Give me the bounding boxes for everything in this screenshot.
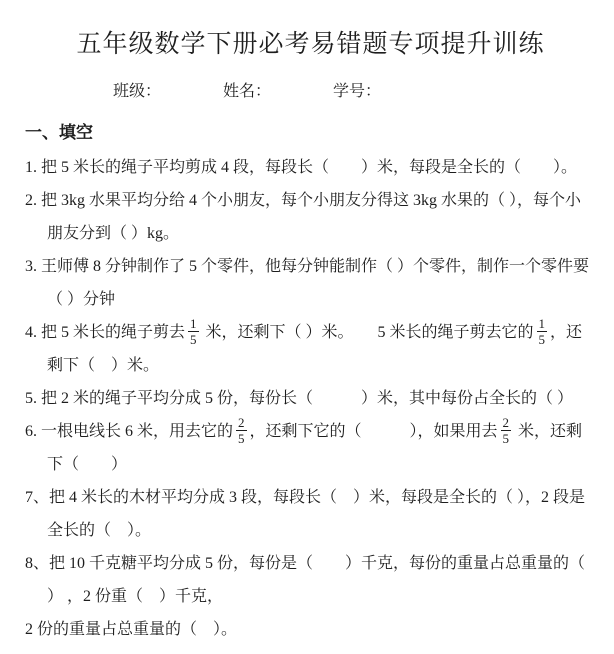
fraction: 25 (501, 415, 512, 446)
question-number: 7、 (25, 489, 49, 506)
question-text: 把 3kg 水果平均分给 4 个小朋友，每个小朋友分得这 3kg 水果的（ ），… (41, 192, 581, 242)
question-text: 把 4 米长的木材平均分成 3 段，每段长（ ）米，每段是全长的（ ），2 段是… (47, 489, 585, 539)
question-item: 8、把 10 千克糖平均分成 5 份，每份是（ ）千克，每份的重量占总重量的（ … (25, 547, 596, 613)
question-number: 3. (25, 258, 41, 275)
question-number: 6. (25, 423, 41, 440)
question-item: 7、把 4 米长的木材平均分成 3 段，每段长（ ）米，每段是全长的（ ），2 … (25, 481, 596, 547)
section-heading: 一、填空 (25, 118, 596, 143)
fraction: 25 (236, 415, 247, 446)
fraction-numerator: 2 (501, 415, 512, 430)
question-text: 把 5 米长的绳子平均剪成 4 段，每段长（ ）米，每段是全长的（ ）。 (41, 159, 577, 176)
fraction-denominator: 5 (537, 332, 548, 347)
question-item: 1. 把 5 米长的绳子平均剪成 4 段，每段长（ ）米，每段是全长的（ ）。 (25, 151, 596, 184)
fraction: 15 (537, 316, 548, 347)
class-label: 班级： (113, 78, 161, 101)
question-list: 1. 把 5 米长的绳子平均剪成 4 段，每段长（ ）米，每段是全长的（ ）。2… (25, 151, 596, 613)
question-text: 把 2 米的绳子平均分成 5 份，每份长（ ）米，其中每份占全长的（ ） (41, 390, 573, 407)
question-number: 2. (25, 192, 41, 209)
question-text: ，还剩下它的（ ），如果用去 (250, 423, 498, 440)
fraction-denominator: 5 (501, 431, 512, 446)
question-item: 3. 王师傅 8 分钟制作了 5 个零件，他每分钟能制作（ ）个零件，制作一个零… (25, 250, 596, 316)
question-text: 米，还剩下（ ）米。 5 米长的绳子剪去它的 (202, 324, 534, 341)
fraction-numerator: 2 (236, 415, 247, 430)
question-number: 8、 (25, 555, 49, 572)
footer-line: 2 份的重量占总重量的（ ）。 (25, 613, 596, 646)
question-text: 王师傅 8 分钟制作了 5 个零件，他每分钟能制作（ ）个零件，制作一个零件要（… (41, 258, 589, 308)
question-item: 6. 一根电线长 6 米，用去它的25，还剩下它的（ ），如果用去25 米，还剩… (25, 415, 596, 481)
student-id-label: 学号： (333, 78, 381, 101)
worksheet-page: 五年级数学下册必考易错题专项提升训练 班级： 姓名： 学号： 一、填空 1. 把… (0, 0, 614, 646)
fraction-numerator: 1 (537, 316, 548, 331)
fraction-denominator: 5 (236, 431, 247, 446)
student-info-row: 班级： 姓名： 学号： (113, 78, 596, 102)
question-text: 把 5 米长的绳子剪去 (41, 324, 185, 341)
question-number: 4. (25, 324, 41, 341)
fraction-numerator: 1 (188, 316, 199, 331)
question-text: 一根电线长 6 米，用去它的 (41, 423, 233, 440)
question-item: 2. 把 3kg 水果平均分给 4 个小朋友，每个小朋友分得这 3kg 水果的（… (25, 184, 596, 250)
fraction: 15 (188, 316, 199, 347)
question-item: 5. 把 2 米的绳子平均分成 5 份，每份长（ ）米，其中每份占全长的（ ） (25, 382, 596, 415)
page-title: 五年级数学下册必考易错题专项提升训练 (25, 24, 596, 60)
question-item: 4. 把 5 米长的绳子剪去15 米，还剩下（ ）米。 5 米长的绳子剪去它的1… (25, 316, 596, 382)
fraction-denominator: 5 (188, 332, 199, 347)
name-label: 姓名： (223, 78, 271, 101)
question-number: 1. (25, 159, 41, 176)
question-text: 把 10 千克糖平均分成 5 份，每份是（ ）千克，每份的重量占总重量的（ ） … (47, 555, 589, 605)
question-number: 5. (25, 390, 41, 407)
